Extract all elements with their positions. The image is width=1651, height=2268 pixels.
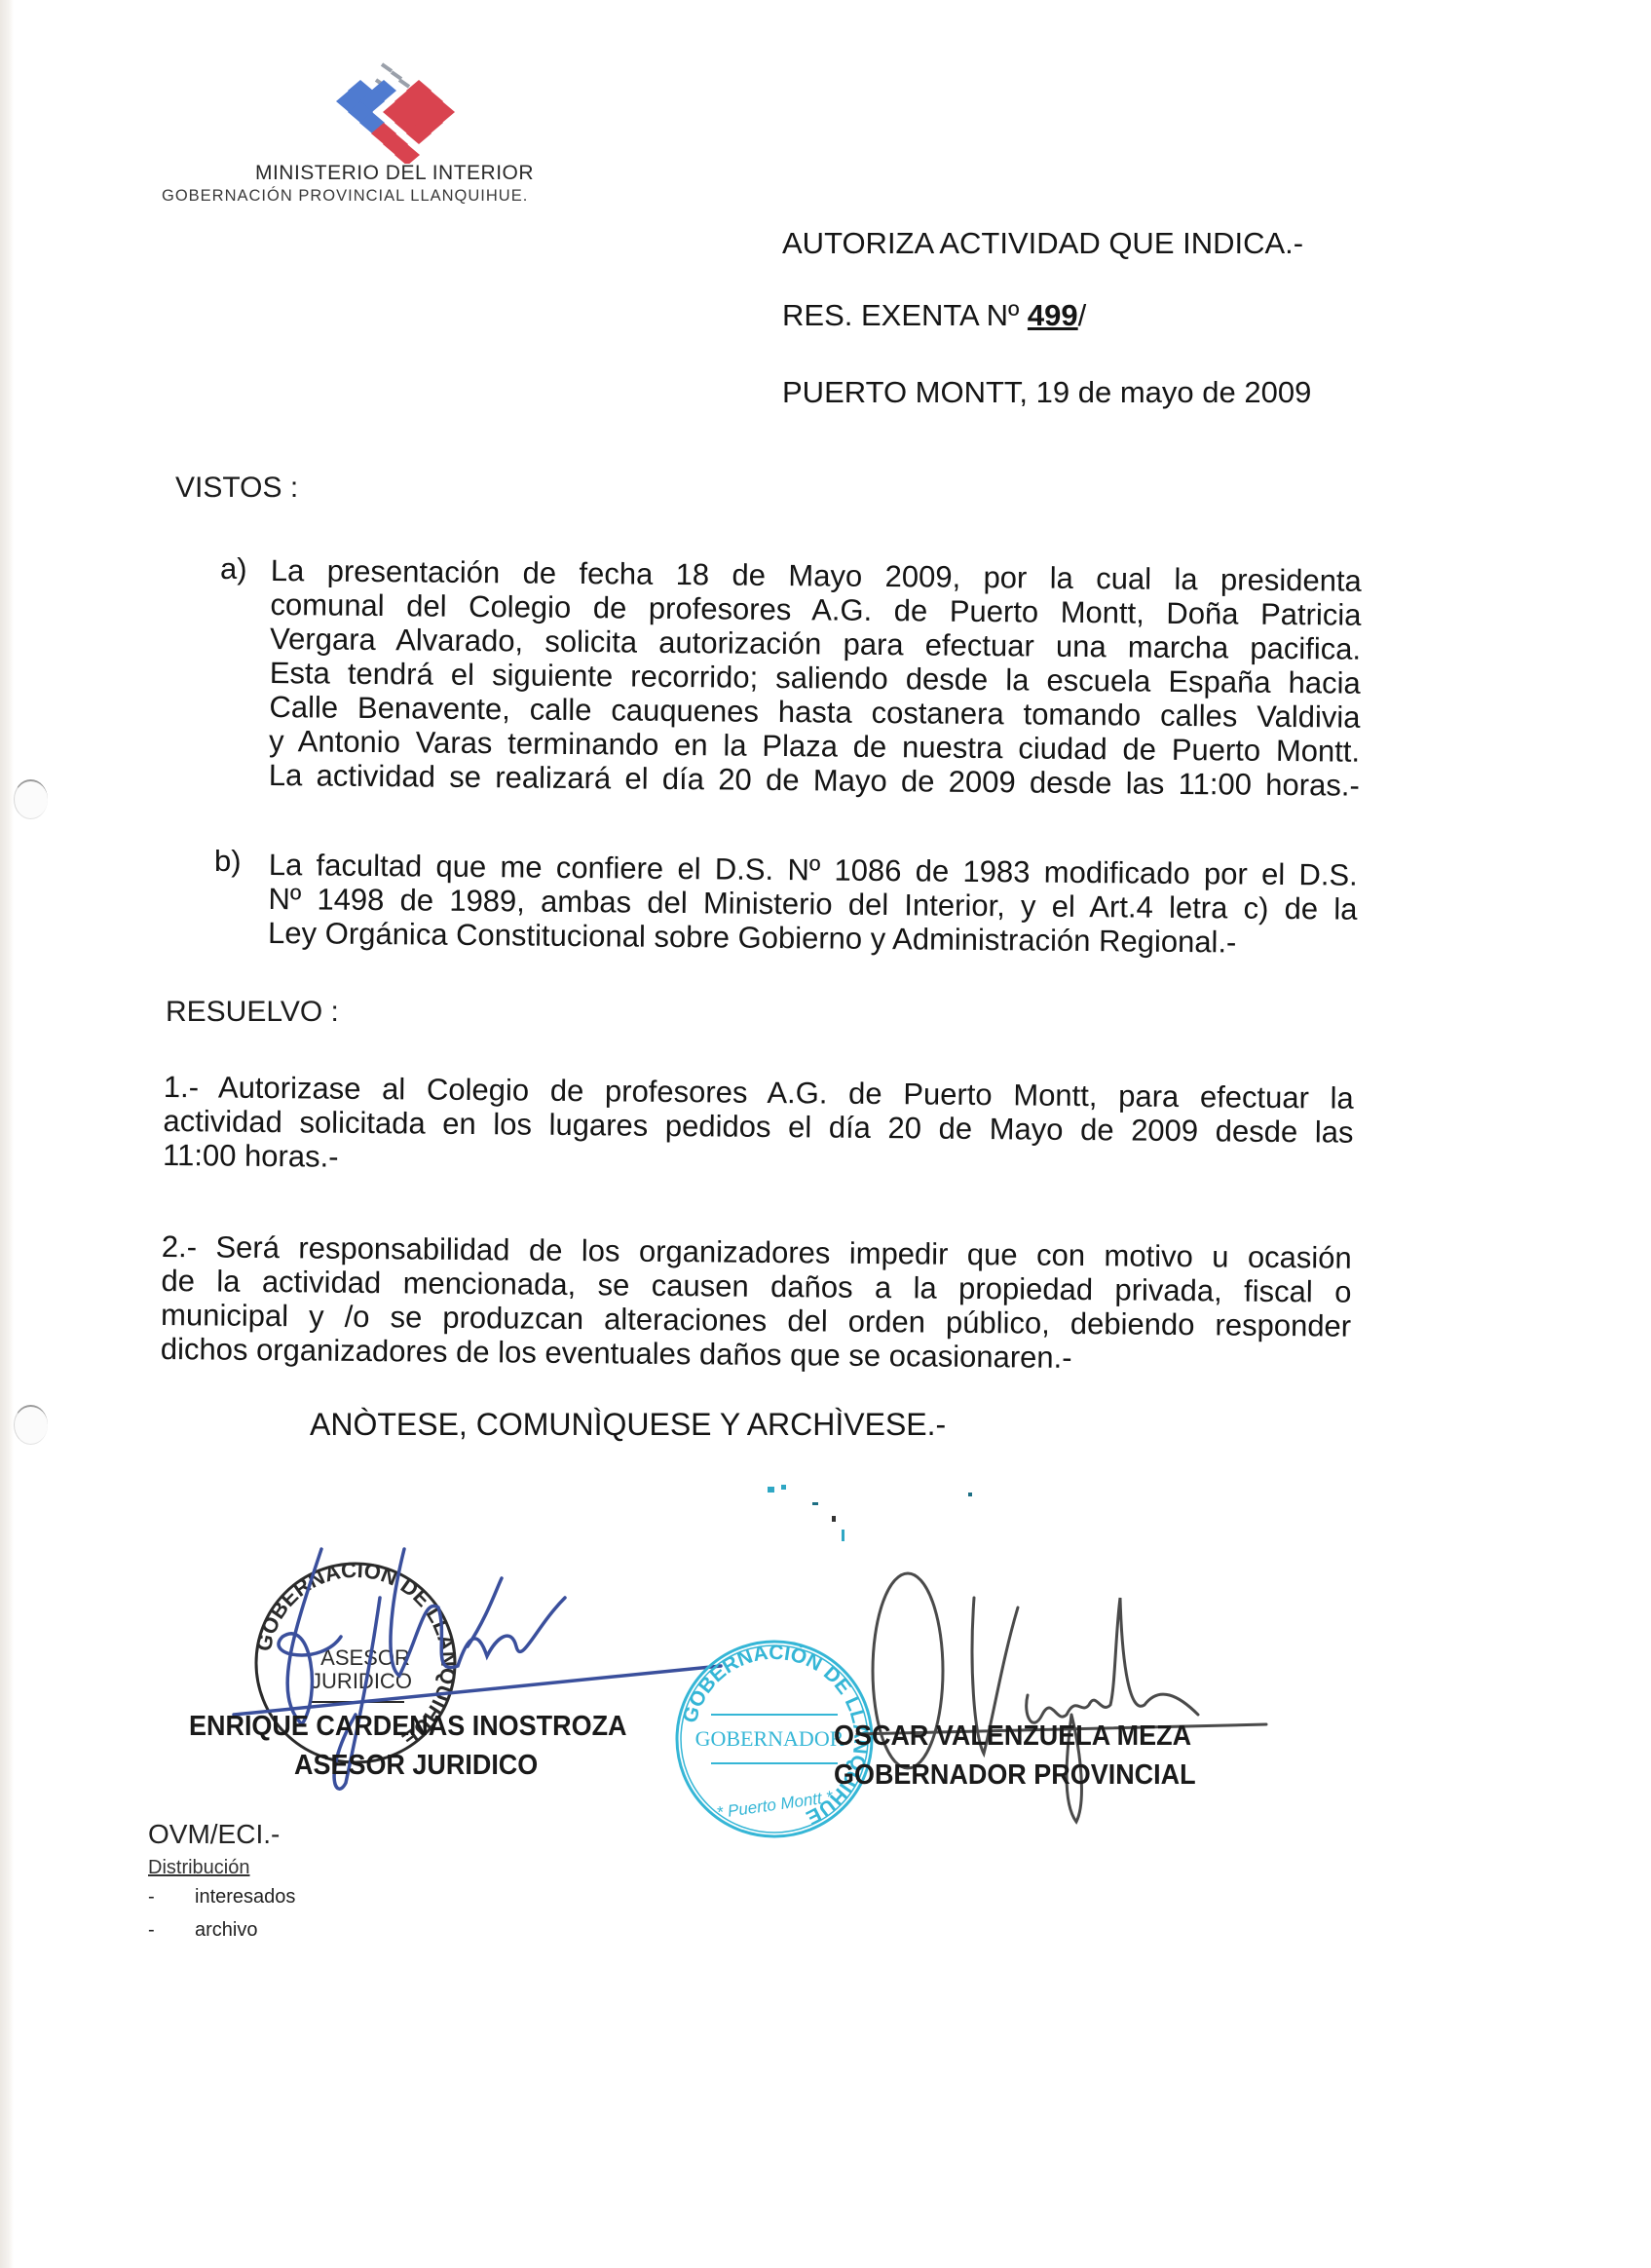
distribution-item: interesados [195,1886,295,1909]
ministry-name: MINISTERIO DEL INTERIOR [209,162,580,185]
governor-signature [838,1569,1286,1851]
distribution-heading: Distribución [148,1857,249,1879]
signatory-name: ENRIQUE CARDENAS INOSTROZA [189,1711,627,1743]
signatory-title: GOBERNADOR PROVINCIAL [834,1759,1196,1792]
resolution-number-suffix: / [1078,298,1087,332]
punch-hole-mark [14,1405,48,1445]
author-initials: OVM/ECI.- [148,1819,280,1850]
svg-text:ASESOR: ASESOR [320,1645,410,1670]
vistos-item-a: La presentación de fecha 18 de Mayo 2009… [269,553,1362,803]
punch-hole-mark [14,779,48,819]
scan-left-edge [0,0,14,2268]
vistos-item-marker: a) [220,551,247,586]
signatory-title: ASESOR JURIDICO [294,1750,538,1782]
resolution-number-value: 499 [1028,298,1078,332]
svg-text:JURIDICO: JURIDICO [311,1669,412,1693]
resolution-number-prefix: RES. EXENTA Nº [782,298,1028,332]
distribution-item: archivo [195,1919,257,1942]
resuelvo-item-2: 2.- Será responsabilidad de los organiza… [161,1229,1352,1378]
list-bullet: - [148,1886,155,1909]
resuelvo-heading: RESUELVO : [166,996,339,1029]
office-name: GOBERNACIÓN PROVINCIAL LLANQUIHUE. [162,187,528,206]
svg-text:GOBERNADOR: GOBERNADOR [695,1726,844,1751]
list-bullet: - [148,1919,155,1942]
vistos-heading: VISTOS : [175,472,298,505]
government-logo-icon [321,47,468,164]
ink-specks [760,1471,1013,1549]
signatory-name: OSCAR VALENZUELA MEZA [834,1720,1191,1753]
place-date: PUERTO MONTT, 19 de mayo de 2009 [782,375,1311,410]
resolution-number: RES. EXENTA Nº 499/ [782,298,1086,333]
resuelvo-item-1: 1.- Autorizase al Colegio de profesores … [163,1070,1354,1184]
vistos-item-b: La facultad que me confiere el D.S. Nº 1… [268,848,1358,961]
vistos-item-marker: b) [214,844,242,879]
closing-formula: ANÒTESE, COMUNÌQUESE Y ARCHÌVESE.- [310,1407,946,1443]
resolution-subject: AUTORIZA ACTIVIDAD QUE INDICA.- [782,226,1303,261]
